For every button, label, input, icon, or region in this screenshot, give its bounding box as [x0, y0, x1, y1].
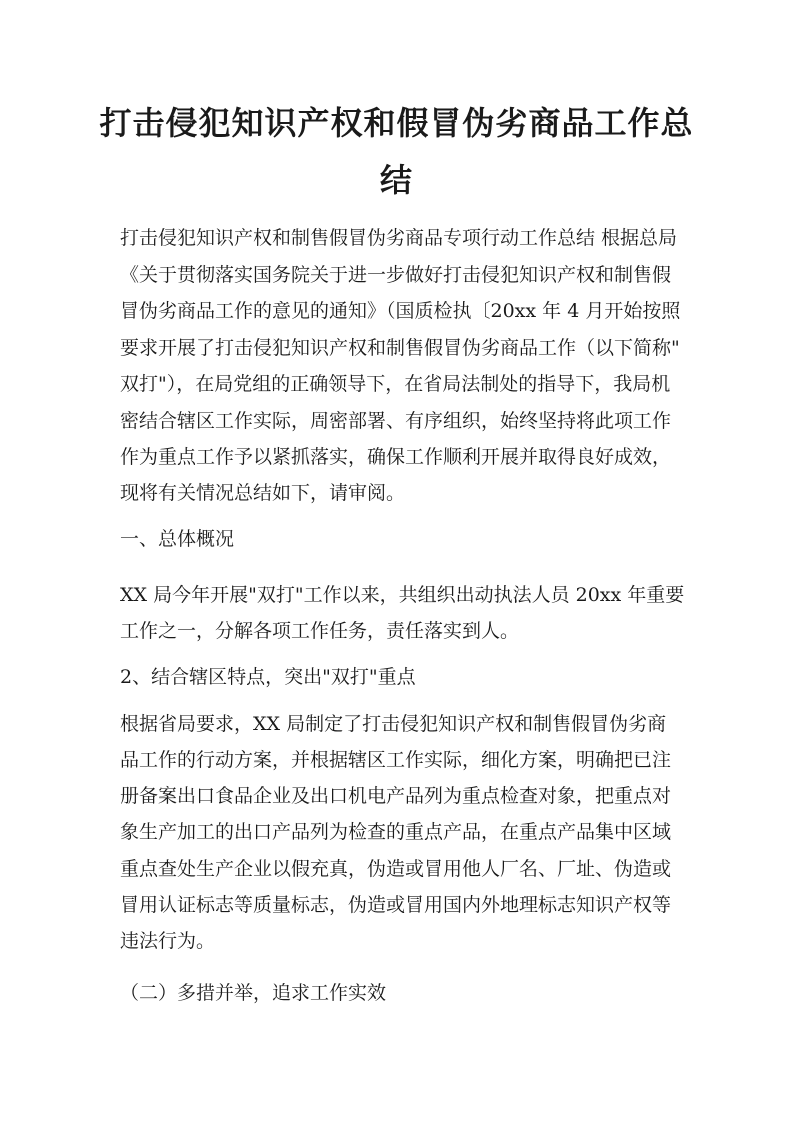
paragraph-line: 冒用认证标志等质量标志，伪造或冒用国内外地理标志知识产权等	[120, 893, 680, 917]
paragraph-line: 重点查处生产企业以假充真，伪造或冒用他人厂名、厂址、伪造或	[120, 857, 680, 881]
document-title-line-1: 打击侵犯知识产权和假冒伪劣商品工作总	[0, 98, 793, 144]
paragraph-line: 象生产加工的出口产品列为检查的重点产品，在重点产品集中区域	[120, 820, 680, 844]
paragraph-line: 工作之一，分解各项工作任务，责任落实到人。	[120, 619, 680, 643]
document-title-line-2: 结	[0, 155, 793, 201]
section-heading: （二）多措并举，追求工作实效	[120, 981, 680, 1005]
paragraph-line: 册备案出口食品企业及出口机电产品列为重点检查对象，把重点对	[120, 784, 680, 808]
paragraph-line: 作为重点工作予以紧抓落实，确保工作顺利开展并取得良好成效，	[120, 445, 680, 469]
section-heading: 一、总体概况	[120, 527, 680, 551]
paragraph-line: 现将有关情况总结如下，请审阅。	[120, 481, 680, 505]
paragraph-line: 根据省局要求，XX 局制定了打击侵犯知识产权和制售假冒伪劣商	[120, 712, 680, 736]
section-heading: 2、结合辖区特点，突出"双打"重点	[120, 665, 680, 689]
paragraph-line: 违法行为。	[120, 929, 680, 953]
paragraph-line: 要求开展了打击侵犯知识产权和制售假冒伪劣商品工作（以下简称"	[120, 336, 680, 360]
paragraph-line: XX 局今年开展"双打"工作以来，共组织出动执法人员 20xx 年重要	[120, 583, 680, 607]
paragraph-line: 品工作的行动方案，并根据辖区工作实际，细化方案，明确把已注	[120, 748, 680, 772]
paragraph-line: 《关于贯彻落实国务院关于进一步做好打击侵犯知识产权和制售假	[120, 263, 680, 287]
paragraph-line: 打击侵犯知识产权和制售假冒伪劣商品专项行动工作总结 根据总局	[120, 226, 680, 250]
paragraph-line: 冒伪劣商品工作的意见的通知》（国质检执〔20xx 年 4 月开始按照	[120, 299, 680, 323]
paragraph-line: 双打"），在局党组的正确领导下，在省局法制处的指导下，我局机	[120, 372, 680, 396]
paragraph-line: 密结合辖区工作实际，周密部署、有序组织，始终坚持将此项工作	[120, 409, 680, 433]
